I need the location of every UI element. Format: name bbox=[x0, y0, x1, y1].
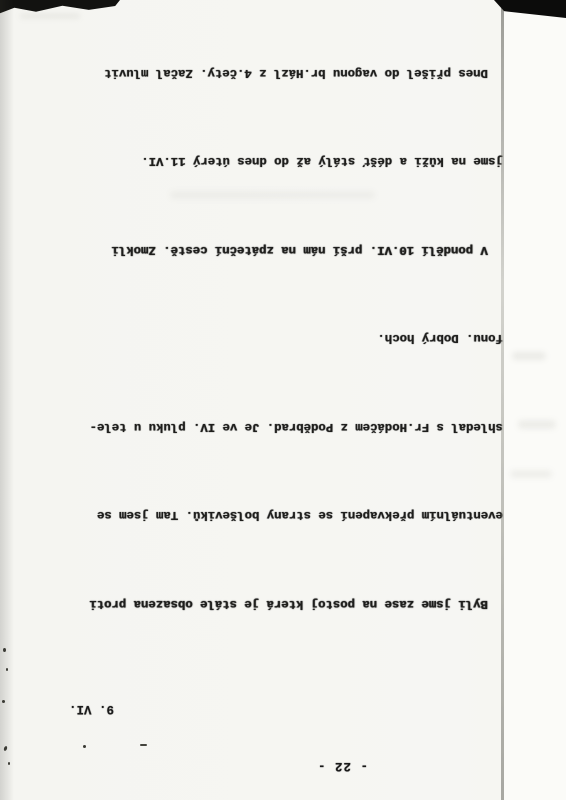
ink-speck bbox=[6, 668, 8, 671]
typed-line: V pondělí 10.VI. prší nám na zpáteční ce… bbox=[57, 235, 503, 265]
typed-line: eventuálním překvapení se strany bolševi… bbox=[57, 500, 503, 530]
page-fold-crease bbox=[501, 8, 504, 800]
scan-left-edge-shadow bbox=[0, 0, 14, 800]
page-number: - 22 - bbox=[317, 759, 368, 773]
ink-ghost-smudge bbox=[170, 191, 375, 199]
typed-line: Byli jsme zase na postoj která je stále … bbox=[57, 589, 503, 619]
typed-line: jsme na kůži a déšť stálý až do dnes úte… bbox=[57, 146, 503, 176]
ink-ghost-smudge bbox=[512, 352, 546, 360]
typed-line: Dnes přišel do vagonu br.Házl z 4.čety. … bbox=[57, 58, 503, 88]
typed-line: shledal s Fr.Hodáčem z Poděbrad. Je ve I… bbox=[57, 412, 503, 442]
ink-ghost-smudge bbox=[518, 420, 556, 429]
typed-line: fonu. Dobrý hoch. bbox=[57, 323, 503, 353]
ink-speck bbox=[8, 762, 10, 765]
upside-down-page-content: - 22 - 9. VI. Byli jsme zase na postoj k… bbox=[0, 0, 566, 800]
scanned-document-page: - 22 - 9. VI. Byli jsme zase na postoj k… bbox=[0, 0, 566, 800]
ink-speck bbox=[2, 700, 5, 703]
adjacent-page-edge bbox=[504, 8, 566, 800]
ink-speck bbox=[3, 648, 6, 652]
typed-text-block: Byli jsme zase na postoj která je stále … bbox=[57, 0, 503, 677]
ink-ghost-smudge bbox=[20, 14, 80, 18]
ink-dash-speck bbox=[140, 744, 147, 746]
ink-ghost-smudge bbox=[510, 470, 552, 478]
ink-speck bbox=[83, 745, 86, 748]
date-heading: 9. VI. bbox=[69, 702, 114, 716]
